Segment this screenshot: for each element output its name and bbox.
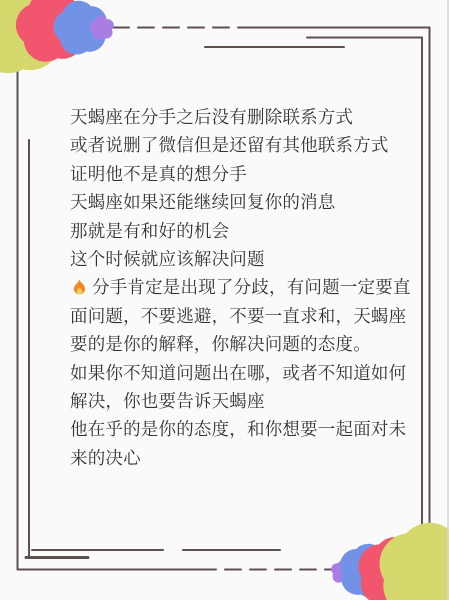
text-line: 这个时候就应该解决问题 bbox=[70, 245, 400, 273]
star-purple-icon bbox=[95, 21, 108, 34]
text-line: 要的是你的解释，你解决问题的态度。 bbox=[70, 330, 400, 358]
top-left-stars bbox=[0, 5, 109, 44]
text-line: 那就是有和好的机会 bbox=[70, 217, 400, 245]
fire-icon bbox=[70, 277, 89, 296]
bottom-right-stars bbox=[336, 551, 447, 590]
star-blue-icon bbox=[68, 15, 93, 39]
text-line: 他在乎的是你的态度，和你想要一起面对未 bbox=[70, 415, 400, 443]
post-text: 天蝎座在分手之后没有删除联系方式 或者说删了微信但是还留有其他联系方式 证明他不… bbox=[70, 103, 400, 472]
text-line: 分手肯定是出现了分歧，有问题一定要直 bbox=[70, 273, 400, 301]
text-line: 面问题，不要逃避，不要一直求和，天蝎座 bbox=[70, 302, 400, 330]
text-line: 天蝎座如果还能继续回复你的消息 bbox=[70, 188, 400, 216]
star-outline-icon bbox=[407, 551, 448, 590]
text-line: 来的决心 bbox=[70, 444, 400, 472]
post-image: 天蝎座在分手之后没有删除联系方式 或者说删了微信但是还留有其他联系方式 证明他不… bbox=[0, 0, 449, 600]
text-line: 天蝎座在分手之后没有删除联系方式 bbox=[70, 103, 400, 131]
text-line: 证明他不是真的想分手 bbox=[70, 160, 400, 188]
text-line: 解决，你也要告诉天蝎座 bbox=[70, 387, 400, 415]
text-line: 或者说删了微信但是还留有其他联系方式 bbox=[70, 131, 400, 159]
text-line-content: 分手肯定是出现了分歧，有问题一定要直 bbox=[92, 273, 411, 301]
text-line: 如果你不知道问题出在哪，或者不知道如何 bbox=[70, 359, 400, 387]
